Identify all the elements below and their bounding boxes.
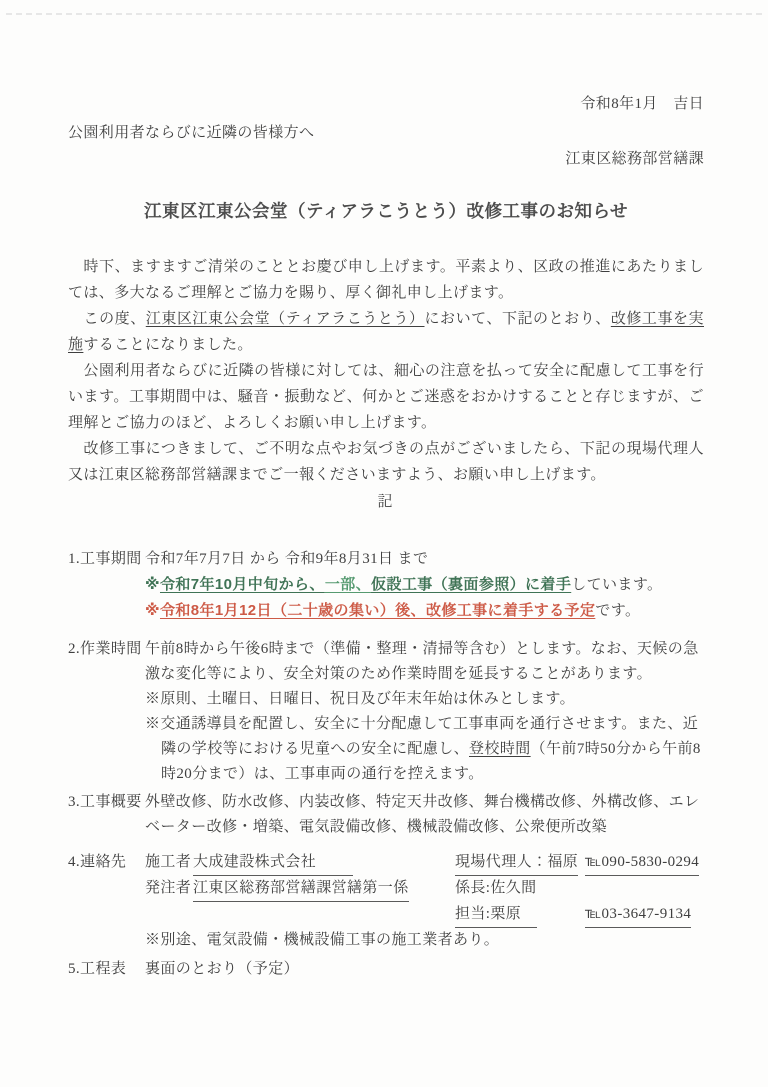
section-3-label: 3.工事概要	[68, 790, 145, 815]
orderer-name-underlined: 江東区総務部営繕課営繕第一係	[193, 876, 409, 902]
section-chief: 係長:佐久間	[455, 876, 585, 902]
section-4-body: 施工者 大成建設株式会社 現場代理人：福原 ℡090-5830-0294 発注者…	[145, 850, 704, 953]
orderer-role-label: 発注者	[145, 876, 193, 902]
green-note-text-3: 仮設工事（裏面参照）に着手	[371, 576, 571, 593]
staff-role-empty	[145, 902, 193, 928]
body-paragraphs: 時下、ますますご清栄のこととお慶び申し上げます。平素より、区政の推進にあたりまし…	[68, 254, 704, 488]
construction-period-dates: 令和7年7月7日 から 令和9年8月31日 まで	[145, 547, 704, 572]
section-5-body: 裏面のとおり（予定）	[145, 957, 704, 982]
green-note-text-2: 一部、	[325, 576, 371, 593]
renovation-start-note: ※令和8年1月12日（二十歳の集い）後、改修工事に着手する予定です。	[145, 598, 704, 624]
facility-name-underlined: 江東区江東公会堂（ティアラこうとう）	[146, 311, 425, 327]
paragraph-greeting: 時下、ますますご清栄のこととお慶び申し上げます。平素より、区政の推進にあたりまし…	[68, 254, 704, 306]
section-construction-period: 1.工事期間 令和7年7月7日 から 令和9年8月31日 まで ※令和7年10月…	[68, 547, 704, 624]
green-note-tail: しています。	[571, 577, 662, 593]
contact-row-orderer: 発注者 江東区総務部営繕課営繕第一係 係長:佐久間	[145, 876, 704, 902]
red-note-tail: です。	[595, 603, 640, 619]
sections: 1.工事期間 令和7年7月7日 から 令和9年8月31日 まで ※令和7年10月…	[68, 547, 704, 982]
person-in-charge-underlined: 担当:栗原	[455, 902, 537, 928]
section-5-label: 5.工程表	[68, 957, 145, 982]
date-line: 令和8年1月 吉日	[68, 93, 704, 115]
contractor-role-label: 施工者	[145, 850, 193, 876]
ki-heading: 記	[68, 490, 704, 515]
red-note-text: 令和8年1月12日（二十歳の集い）後、改修工事に着手する予定	[160, 602, 595, 619]
site-agent: 現場代理人：福原	[455, 850, 585, 876]
contact-row-staff: 担当:栗原 ℡03-3647-9134	[145, 902, 704, 928]
paragraph-safety: 公園利用者ならびに近隣の皆様に対しては、細心の注意を払って安全に配慮して工事を行…	[68, 358, 704, 436]
section-schedule: 5.工程表 裏面のとおり（予定）	[68, 957, 704, 982]
site-agent-phone: ℡090-5830-0294	[585, 850, 704, 876]
office-phone-underlined: ℡03-3647-9134	[585, 902, 691, 928]
orderer-phone-empty	[585, 876, 704, 902]
schedule-text: 裏面のとおり（予定）	[145, 957, 704, 982]
temporary-works-note: ※令和7年10月中旬から、一部、仮設工事（裏面参照）に着手しています。	[145, 572, 704, 598]
green-note-text-1: 令和7年10月中旬から、	[160, 576, 325, 593]
contractor-name: 大成建設株式会社	[193, 850, 455, 876]
document-page: 令和8年1月 吉日 公園利用者ならびに近隣の皆様方へ 江東区総務部営繕課 江東区…	[0, 0, 768, 1087]
section-2-label: 2.作業時間	[68, 637, 145, 662]
page-title: 江東区江東公会堂（ティアラこうとう）改修工事のお知らせ	[68, 198, 704, 224]
section-work-outline: 3.工事概要 外壁改修、防水改修、内装改修、特定天井改修、舞台機構改修、外構改修…	[68, 790, 704, 840]
work-outline-text: 外壁改修、防水改修、内装改修、特定天井改修、舞台機構改修、外構改修、エレベーター…	[145, 790, 704, 840]
sender-line: 江東区総務部営繕課	[68, 148, 704, 170]
section-4-label: 4.連絡先	[68, 850, 145, 875]
paragraph-announcement: この度、江東区江東公会堂（ティアラこうとう）において、下記のとおり、改修工事を実…	[68, 306, 704, 358]
announcement-mid: において、下記のとおり、	[425, 311, 611, 327]
announcement-post: することになりました。	[83, 337, 252, 353]
person-in-charge: 担当:栗原	[455, 902, 585, 928]
paragraph-contact-request: 改修工事につきまして、ご不明な点やお気づきの点がございましたら、下記の現場代理人…	[68, 436, 704, 488]
section-3-body: 外壁改修、防水改修、内装改修、特定天井改修、舞台機構改修、外構改修、エレベーター…	[145, 790, 704, 840]
working-hours-main: 午前8時から午後6時まで（準備・整理・清掃等含む）とします。なお、天候の急激な変…	[145, 637, 704, 687]
contact-row-contractor: 施工者 大成建設株式会社 現場代理人：福原 ℡090-5830-0294	[145, 850, 704, 876]
recipient-line: 公園利用者ならびに近隣の皆様方へ	[68, 122, 704, 144]
section-1-label: 1.工事期間	[68, 547, 145, 572]
document-content: 令和8年1月 吉日 公園利用者ならびに近隣の皆様方へ 江東区総務部営繕課 江東区…	[0, 93, 768, 982]
section-working-hours: 2.作業時間 午前8時から午後6時まで（準備・整理・清掃等含む）とします。なお、…	[68, 637, 704, 787]
section-1-body: 令和7年7月7日 から 令和9年8月31日 まで ※令和7年10月中旬から、一部…	[145, 547, 704, 624]
green-note-mark: ※	[145, 576, 160, 593]
office-phone: ℡03-3647-9134	[585, 902, 704, 928]
section-2-body: 午前8時から午後6時まで（準備・整理・清掃等含む）とします。なお、天候の急激な変…	[145, 637, 704, 787]
holiday-note: ※原則、土曜日、日曜日、祝日及び年末年始は休みとします。	[145, 687, 704, 712]
staff-value-empty	[193, 902, 455, 928]
contractor-name-underlined: 大成建設株式会社	[193, 850, 353, 876]
scan-artifact-line	[6, 13, 762, 15]
announcement-pre: この度、	[68, 311, 146, 327]
separate-contractors-note: ※別途、電気設備・機械設備工事の施工業者あり。	[145, 928, 704, 953]
traffic-guard-note: ※交通誘導員を配置し、安全に十分配慮して工事車両を通行させます。また、近隣の学校…	[145, 712, 704, 787]
orderer-name: 江東区総務部営繕課営繕第一係	[193, 876, 455, 902]
section-contacts: 4.連絡先 施工者 大成建設株式会社 現場代理人：福原 ℡090-5830-02…	[68, 850, 704, 953]
school-hours-underlined: 登校時間	[469, 741, 531, 757]
site-agent-phone-underlined: ℡090-5830-0294	[585, 850, 699, 876]
site-agent-underlined: 現場代理人：福原	[455, 850, 578, 876]
red-note-mark: ※	[145, 602, 160, 619]
